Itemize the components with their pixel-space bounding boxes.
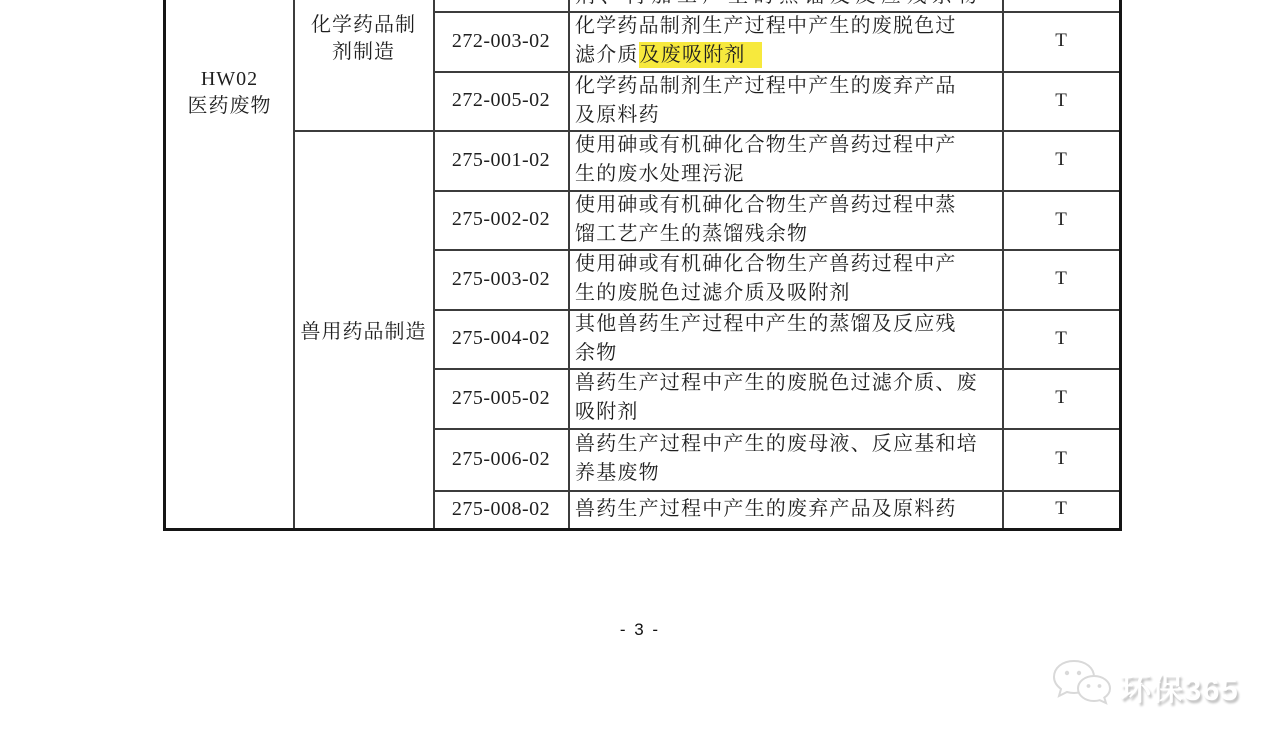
category-name: 医药废物 — [166, 93, 293, 120]
watermark: 环保365 — [1050, 658, 1239, 714]
description-line: 养基废物 — [575, 459, 998, 488]
hazard-property: T — [1003, 368, 1119, 428]
description-line: 化学药品制剂生产过程中产生的废弃产品 — [575, 72, 998, 101]
hazard-property: T — [1003, 190, 1119, 249]
hazardous-waste-table: HW02 医药废物 化学药品制剂制造 兽用药品制造 剂、再加工产生的蒸馏及反应残… — [163, 0, 1122, 531]
hazard-property: T — [1003, 428, 1119, 490]
category-cell: HW02 医药废物 — [166, 66, 293, 120]
industry-cell-chemical-preparations: 化学药品制剂制造 — [294, 12, 433, 66]
highlighted-text: 及废吸附剂 — [639, 42, 762, 68]
description-text: 滤介质 — [575, 44, 639, 66]
table-row-clipped-description: 剂、再加工产生的蒸馏及反应残余物 — [569, 0, 1002, 11]
hazard-property: T — [1003, 71, 1119, 130]
description-cell: 兽药生产过程中产生的废脱色过滤介质、废 吸附剂 — [569, 368, 1002, 428]
description-line: 馏工艺产生的蒸馏残余物 — [575, 220, 998, 249]
description-line: 化学药品制剂生产过程中产生的废脱色过 — [575, 12, 998, 41]
description-cell: 使用砷或有机砷化合物生产兽药过程中产 生的废水处理污泥 — [569, 130, 1002, 190]
description-cell: 化学药品制剂生产过程中产生的废弃产品 及原料药 — [569, 71, 1002, 130]
description-line: 吸附剂 — [575, 398, 998, 427]
description-line: 兽药生产过程中产生的废母液、反应基和培 — [575, 430, 998, 459]
waste-code: 275-003-02 — [434, 249, 568, 309]
hazard-property: T — [1003, 490, 1119, 528]
waste-code: 275-002-02 — [434, 190, 568, 249]
description-line: 兽药生产过程中产生的废弃产品及原料药 — [575, 495, 998, 524]
description-line: 使用砷或有机砷化合物生产兽药过程中蒸 — [575, 191, 998, 220]
hazard-property: T — [1003, 249, 1119, 309]
page-number: - 3 - — [0, 620, 1280, 640]
description-line: 生的废脱色过滤介质及吸附剂 — [575, 279, 998, 308]
description-cell: 兽药生产过程中产生的废母液、反应基和培 养基废物 — [569, 428, 1002, 490]
hazard-property: T — [1003, 130, 1119, 190]
description-line: 使用砷或有机砷化合物生产兽药过程中产 — [575, 250, 998, 279]
description-cell: 化学药品制剂生产过程中产生的废脱色过 滤介质及废吸附剂 — [569, 11, 1002, 71]
waste-code: 275-004-02 — [434, 309, 568, 368]
description-line: 生的废水处理污泥 — [575, 160, 998, 189]
hazard-property: T — [1003, 11, 1119, 71]
industry-name: 兽用药品制造 — [301, 315, 427, 344]
description-line: 及原料药 — [575, 101, 998, 130]
description-line: 余物 — [575, 339, 998, 368]
description-cell: 使用砷或有机砷化合物生产兽药过程中产 生的废脱色过滤介质及吸附剂 — [569, 249, 1002, 309]
description-cell: 使用砷或有机砷化合物生产兽药过程中蒸 馏工艺产生的蒸馏残余物 — [569, 190, 1002, 249]
waste-code: 272-003-02 — [434, 11, 568, 71]
industry-name: 化学药品制剂制造 — [307, 12, 421, 66]
description-text: 剂、再加工产生的蒸馏及反应残余物 — [575, 0, 983, 9]
industry-cell-veterinary-drugs: 兽用药品制造 — [294, 130, 433, 528]
hazard-property: T — [1003, 309, 1119, 368]
description-cell: 其他兽药生产过程中产生的蒸馏及反应残 余物 — [569, 309, 1002, 368]
waste-code: 275-001-02 — [434, 130, 568, 190]
category-code: HW02 — [166, 66, 293, 93]
document-page: HW02 医药废物 化学药品制剂制造 兽用药品制造 剂、再加工产生的蒸馏及反应残… — [0, 0, 1280, 749]
watermark-text: 环保365 — [1120, 664, 1239, 709]
description-line: 滤介质及废吸附剂 — [575, 41, 998, 70]
description-cell: 兽药生产过程中产生的废弃产品及原料药 — [569, 490, 1002, 528]
waste-code: 275-006-02 — [434, 428, 568, 490]
waste-code: 275-005-02 — [434, 368, 568, 428]
description-line: 其他兽药生产过程中产生的蒸馏及反应残 — [575, 310, 998, 339]
description-line: 使用砷或有机砷化合物生产兽药过程中产 — [575, 131, 998, 160]
waste-code: 272-005-02 — [434, 71, 568, 130]
description-line: 兽药生产过程中产生的废脱色过滤介质、废 — [575, 369, 998, 398]
waste-code: 275-008-02 — [434, 490, 568, 528]
wechat-bubbles-icon — [1050, 658, 1114, 714]
